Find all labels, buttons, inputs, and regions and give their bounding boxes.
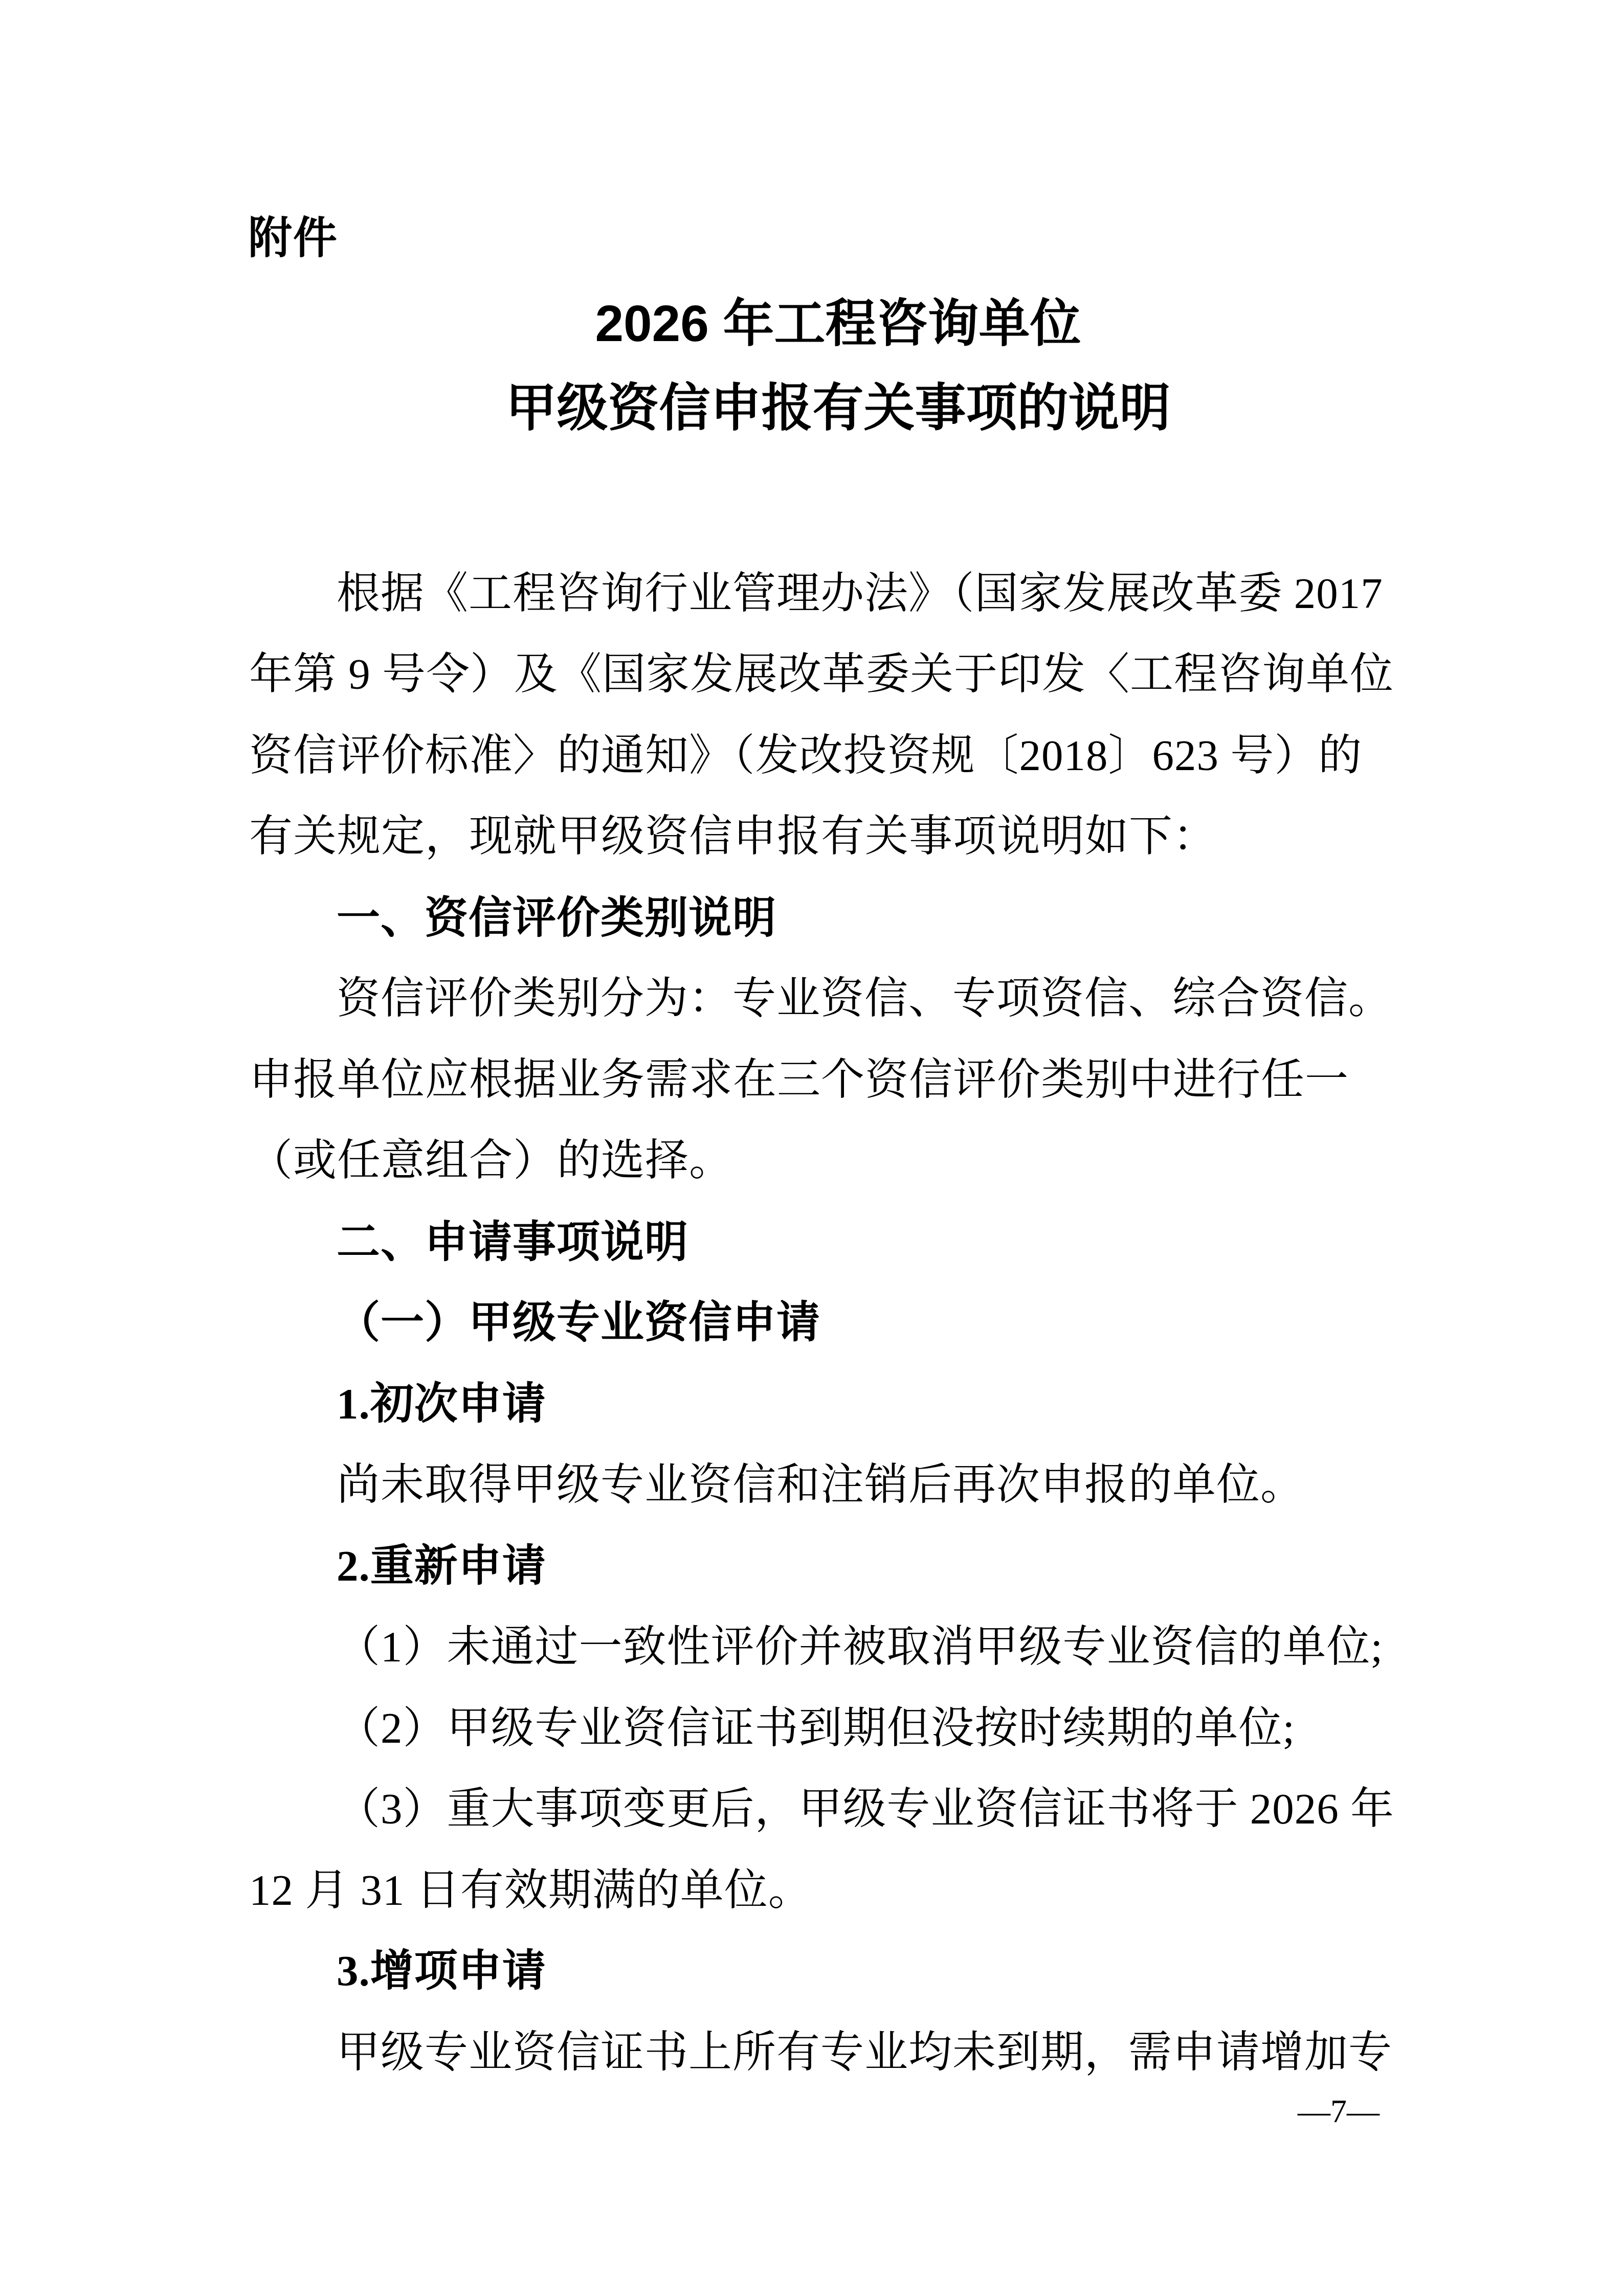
page-number: —7— (249, 2094, 1380, 2129)
section-2-heading: 二、申请事项说明 (249, 1202, 1515, 1283)
item-2-point-1: （1）未通过一致性评价并被取消甲级专业资信的单位; (249, 1607, 1515, 1688)
item-2-point-2: （2）甲级专业资信证书到期但没按时续期的单位; (249, 1688, 1515, 1769)
section-1-paragraph-line-1: 资信评价类别分为：专业资信、专项资信、综合资信。 (249, 958, 1515, 1040)
item-2-heading: 2.重新申请 (249, 1526, 1515, 1607)
section-1-paragraph-line-3: （或任意组合）的选择。 (249, 1120, 1427, 1202)
item-3-heading: 3.增项申请 (249, 1931, 1515, 2012)
document-title-line-1: 2026 年工程咨询单位 (249, 282, 1427, 366)
item-3-body-line: 甲级专业资信证书上所有专业均未到期，需申请增加专 (249, 2012, 1515, 2094)
document-title-line-2: 甲级资信申报有关事项的说明 (249, 366, 1427, 451)
item-1-body-line: 尚未取得甲级专业资信和注销后再次申报的单位。 (249, 1445, 1515, 1526)
document-title: 2026 年工程咨询单位 甲级资信申报有关事项的说明 (249, 282, 1427, 451)
intro-paragraph-line-2: 年第 9 号令）及《国家发展改革委关于印发〈工程咨询单位 (249, 634, 1427, 715)
intro-paragraph-line-3: 资信评价标准〉的通知》（发改投资规〔2018〕623 号）的 (249, 715, 1427, 797)
intro-paragraph-line-1: 根据《工程咨询行业管理办法》（国家发展改革委 2017 (249, 553, 1515, 635)
item-2-point-3-line-2: 12 月 31 日有效期满的单位。 (249, 1850, 1427, 1931)
document-page: 附件 2026 年工程咨询单位 甲级资信申报有关事项的说明 根据《工程咨询行业管… (0, 0, 1624, 2296)
intro-paragraph-line-4: 有关规定，现就甲级资信申报有关事项说明如下： (249, 796, 1427, 877)
item-2-point-3-line-1: （3）重大事项变更后，甲级专业资信证书将于 2026 年 (249, 1769, 1515, 1850)
item-1-heading: 1.初次申请 (249, 1364, 1515, 1445)
attachment-label: 附件 (248, 214, 338, 263)
section-1-heading: 一、资信评价类别说明 (249, 877, 1515, 959)
section-1-paragraph-line-2: 申报单位应根据业务需求在三个资信评价类别中进行任一 (249, 1040, 1427, 1121)
subsection-1-heading: （一）甲级专业资信申请 (249, 1282, 1515, 1364)
